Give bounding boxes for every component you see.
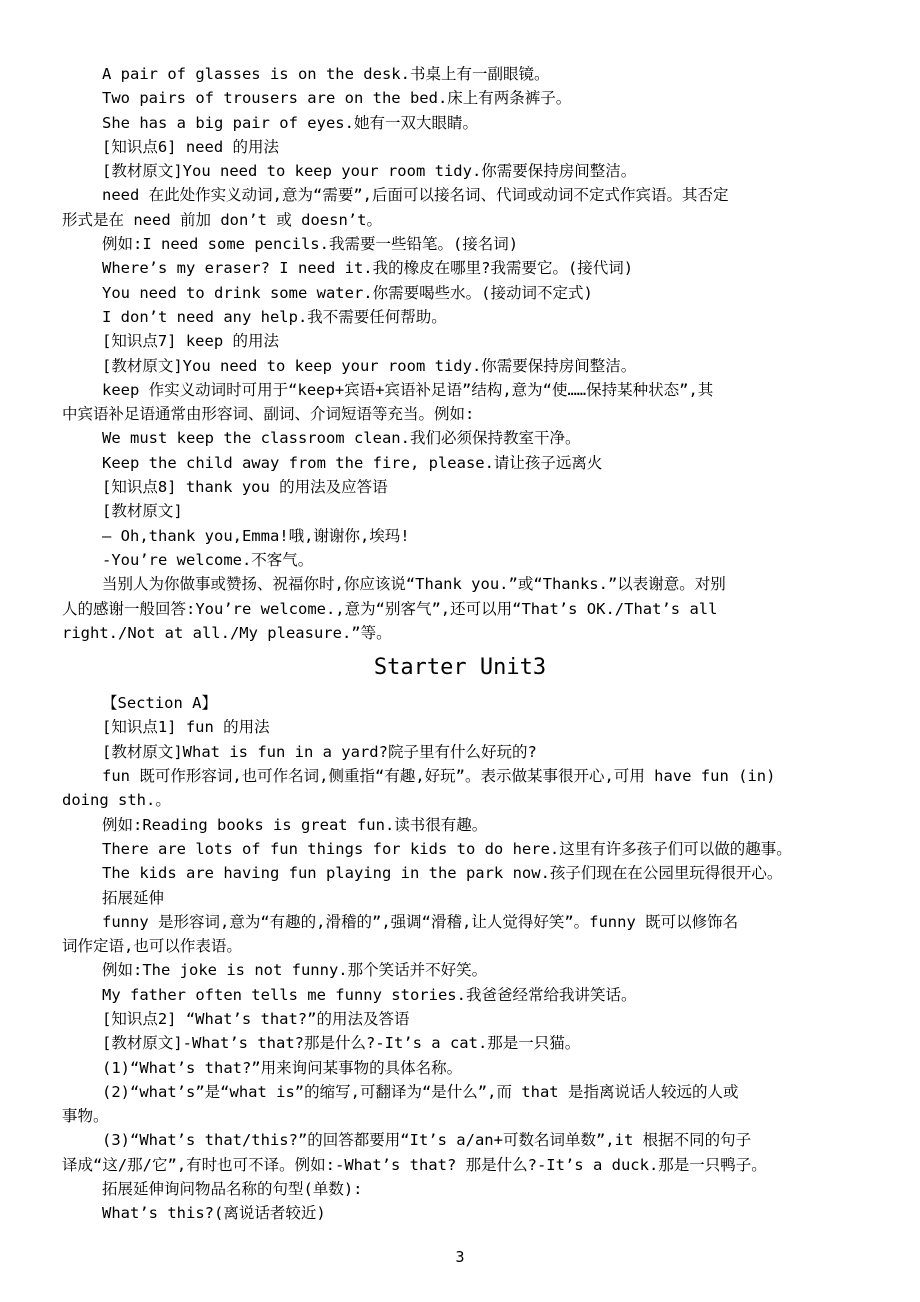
text-line: (1)“What’s that?”用来询问某事物的具体名称。 xyxy=(62,1056,858,1080)
unit-title: Starter Unit3 xyxy=(62,645,858,691)
text-line: -You’re welcome.不客气。 xyxy=(62,548,858,572)
text-line: She has a big pair of eyes.她有一双大眼睛。 xyxy=(62,111,858,135)
text-line: [教材原文]-What’s that?那是什么?-It’s a cat.那是一只… xyxy=(62,1031,858,1055)
text-line: [知识点7] keep 的用法 xyxy=(62,329,858,353)
text-line: Two pairs of trousers are on the bed.床上有… xyxy=(62,86,858,110)
text-line: [知识点2] “What’s that?”的用法及答语 xyxy=(62,1007,858,1031)
text-line: [教材原文] xyxy=(62,499,858,523)
text-line: The kids are having fun playing in the p… xyxy=(62,861,858,885)
text-line: 当别人为你做事或赞扬、祝福你时,你应该说“Thank you.”或“Thanks… xyxy=(62,572,858,596)
text-line: doing sth.。 xyxy=(62,788,858,812)
text-line: [教材原文]You need to keep your room tidy.你需… xyxy=(62,354,858,378)
text-line: (2)“what’s”是“what is”的缩写,可翻译为“是什么”,而 tha… xyxy=(62,1080,858,1104)
text-line: Keep the child away from the fire, pleas… xyxy=(62,451,858,475)
text-line: 例如:The joke is not funny.那个笑话并不好笑。 xyxy=(62,958,858,982)
text-line: My father often tells me funny stories.我… xyxy=(62,983,858,1007)
text-line: A pair of glasses is on the desk.书桌上有一副眼… xyxy=(62,62,858,86)
text-line: (3)“What’s that/this?”的回答都要用“It’s a/an+可… xyxy=(62,1128,858,1152)
text-line: 例如:Reading books is great fun.读书很有趣。 xyxy=(62,813,858,837)
text-line: 【Section A】 xyxy=(62,691,858,715)
text-line: 词作定语,也可以作表语。 xyxy=(62,934,858,958)
text-line: We must keep the classroom clean.我们必须保持教… xyxy=(62,426,858,450)
text-line: I don’t need any help.我不需要任何帮助。 xyxy=(62,305,858,329)
text-line: 译成“这/那/它”,有时也可不译。例如:-What’s that? 那是什么?-… xyxy=(62,1153,858,1177)
text-line: need 在此处作实义动词,意为“需要”,后面可以接名词、代词或动词不定式作宾语… xyxy=(62,183,858,207)
document-page: A pair of glasses is on the desk.书桌上有一副眼… xyxy=(0,0,920,1302)
text-line: keep 作实义动词时可用于“keep+宾语+宾语补足语”结构,意为“使……保持… xyxy=(62,378,858,402)
text-line: 人的感谢一般回答:You’re welcome.,意为“别客气”,还可以用“Th… xyxy=(62,597,858,621)
page-number: 3 xyxy=(0,1247,920,1267)
text-line: [知识点1] fun 的用法 xyxy=(62,715,858,739)
text-line: What’s this?(离说话者较近) xyxy=(62,1201,858,1225)
text-line: 形式是在 need 前加 don’t 或 doesn’t。 xyxy=(62,208,858,232)
text-line: 例如:I need some pencils.我需要一些铅笔。(接名词) xyxy=(62,232,858,256)
text-line: You need to drink some water.你需要喝些水。(接动词… xyxy=(62,281,858,305)
text-line: funny 是形容词,意为“有趣的,滑稽的”,强调“滑稽,让人觉得好笑”。fun… xyxy=(62,910,858,934)
text-line: [教材原文]What is fun in a yard?院子里有什么好玩的? xyxy=(62,740,858,764)
text-line: fun 既可作形容词,也可作名词,侧重指“有趣,好玩”。表示做某事很开心,可用 … xyxy=(62,764,858,788)
document-body: A pair of glasses is on the desk.书桌上有一副眼… xyxy=(62,62,858,1226)
text-line: 事物。 xyxy=(62,1104,858,1128)
text-line: [教材原文]You need to keep your room tidy.你需… xyxy=(62,159,858,183)
text-line: [知识点6] need 的用法 xyxy=(62,135,858,159)
text-line: There are lots of fun things for kids to… xyxy=(62,837,858,861)
text-line: — Oh,thank you,Emma!哦,谢谢你,埃玛! xyxy=(62,524,858,548)
text-line: Where’s my eraser? I need it.我的橡皮在哪里?我需要… xyxy=(62,256,858,280)
text-line: [知识点8] thank you 的用法及应答语 xyxy=(62,475,858,499)
text-line: right./Not at all./My pleasure.”等。 xyxy=(62,621,858,645)
text-line: 中宾语补足语通常由形容词、副词、介词短语等充当。例如: xyxy=(62,402,858,426)
text-line: 拓展延伸询问物品名称的句型(单数): xyxy=(62,1177,858,1201)
text-line: 拓展延伸 xyxy=(62,886,858,910)
